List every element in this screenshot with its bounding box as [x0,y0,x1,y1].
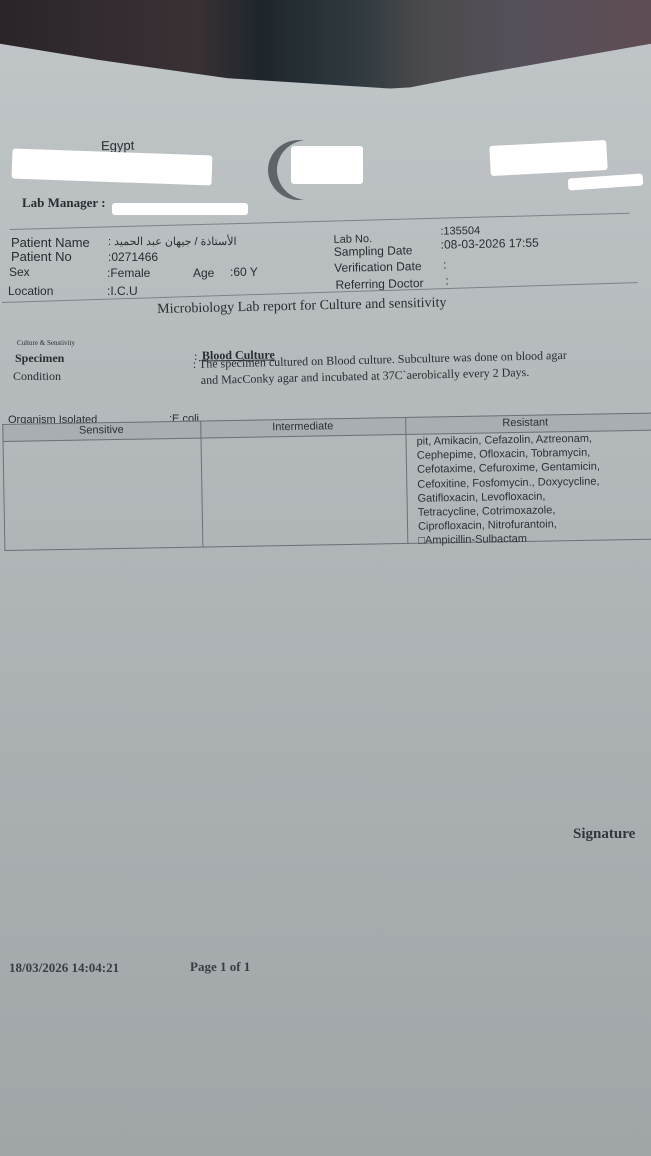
patient-no-value: :0271466 [108,250,158,264]
sensitivity-table: Sensitive Intermediate Resistant pit, Am… [2,400,651,552]
patient-no-label: Patient No [11,249,72,264]
resistant-list: pit, Amikacin, Cefazolin, Aztreonam, Cep… [416,431,651,549]
redacted-logo-text [291,146,363,184]
location-label: Location [8,284,53,298]
signature-label: Signature [573,826,635,843]
lab-no-value: :135504 [440,225,480,238]
report-title: Microbiology Lab report for Culture and … [157,295,447,318]
col-divider [2,424,5,551]
redacted-hospital-name [489,140,607,176]
age-value: :60 Y [230,265,258,279]
redacted-hospital-sub [568,173,644,190]
age-label: Age [193,266,214,280]
header-divider [10,213,630,230]
col-divider [405,417,408,544]
specimen-label: Specimen [15,351,64,366]
printed-timestamp: 18/03/2026 14:04:21 [9,960,119,976]
sampling-date-label: Sampling Date [334,243,413,259]
verification-date-value: : [443,258,447,272]
redacted-lab-manager [112,203,248,215]
patient-name-value: : الأستاذة / جيهان عبد الحميد [108,235,237,248]
redacted-ministry [12,149,213,186]
condition-label: Condition [13,369,61,384]
resistant-line: □Ampicillin-Sulbactam [418,530,651,548]
col-divider [200,421,203,548]
sex-label: Sex [9,265,30,279]
location-value: :I.C.U [107,284,138,298]
page-number: Page 1 of 1 [190,959,250,975]
patient-name-label: Patient Name [11,235,90,250]
verification-date-label: Verification Date [334,259,422,275]
lab-manager-label: Lab Manager : [22,195,106,211]
sampling-date-value: :08-03-2026 17:55 [441,236,539,252]
section-tag: Culture & Senstivity [17,339,75,347]
referring-doctor-value: : [445,274,449,288]
photo-background [0,0,651,115]
sex-value: :Female [107,266,150,280]
